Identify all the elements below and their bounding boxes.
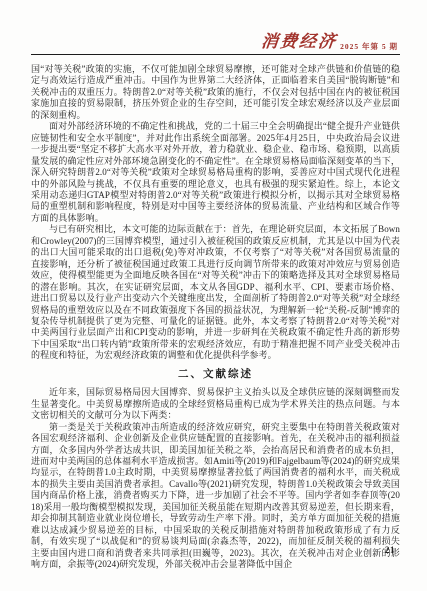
- paragraph-literature-intro: 近年来，国际贸易格局因大国博弈、贸易保护主义抬头以及全球供应链的深刻调整而发生显…: [31, 387, 400, 421]
- page-footer: 21: [385, 545, 395, 555]
- paragraph-contributions: 与已有研究相比，本文可能的边际贡献在于：首先，在理论研究层面，本文拓展了Bown…: [31, 224, 400, 361]
- journal-logo-text: 消费经济: [260, 34, 338, 51]
- page-number: 21: [385, 545, 395, 555]
- section-heading-literature-review: 二、文献综述: [31, 369, 400, 380]
- paragraph-policy-context: 面对外部经济环境的不确定性和挑战，党的二十届三中全会明确提出“健全提升产业链供应…: [31, 121, 400, 224]
- journal-logo: 消费经济 2025 年第 5 期: [31, 34, 400, 51]
- article-body: 国“对等关税”政策的实施，不仅可能加剧全球贸易摩擦，还可能对全球产供链和价值链的…: [31, 64, 400, 570]
- journal-page: 消费经济 2025 年第 5 期 国“对等关税”政策的实施，不仅可能加剧全球贸易…: [0, 0, 427, 591]
- paragraph-continuation: 国“对等关税”政策的实施，不仅可能加剧全球贸易摩擦，还可能对全球产供链和价值链的…: [31, 64, 400, 121]
- paragraph-first-category: 第一类是关于关税政策冲击所造成的经济效应研究，研究主要集中在特朗普关税政策对各国…: [31, 422, 400, 571]
- journal-issue-label: 2025 年第 5 期: [340, 43, 398, 52]
- header-rule: [31, 54, 400, 55]
- page-header: 消费经济 2025 年第 5 期: [31, 34, 400, 55]
